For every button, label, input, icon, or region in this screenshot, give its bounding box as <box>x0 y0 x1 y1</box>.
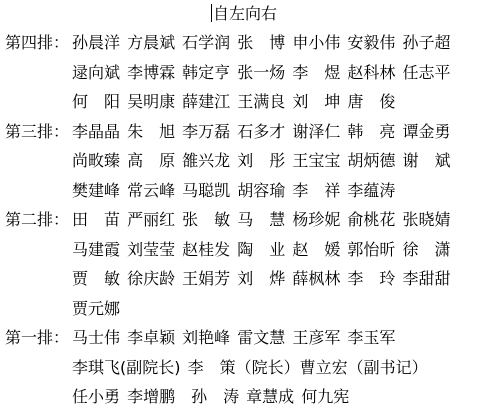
row-group-1: 第一排： 马士伟 李卓颖 刘艳峰 雷文慧 王彦军 李玉军 李琪飞(副院长) 李 … <box>5 323 483 412</box>
row-1-label: 第一排： <box>5 323 72 353</box>
name-line: 贾元娜 <box>72 294 483 324</box>
name-line: 李晶晶 朱 旭 李万磊 石多才 谢泽仁 韩 亮 谭金勇 <box>72 117 483 147</box>
row-group-3: 第三排： 李晶晶 朱 旭 李万磊 石多才 谢泽仁 韩 亮 谭金勇 尚畋臻 高 原… <box>5 117 483 206</box>
name-line: 田 苗 严丽红 张 敏 马 慧 杨珍妮 俞桃花 张晓婧 <box>72 205 483 235</box>
row-3-label: 第三排： <box>5 117 72 147</box>
row-group-2: 第二排： 田 苗 严丽红 张 敏 马 慧 杨珍妮 俞桃花 张晓婧 马建霞 刘莹莹… <box>5 205 483 323</box>
row-2-lines: 田 苗 严丽红 张 敏 马 慧 杨珍妮 俞桃花 张晓婧 马建霞 刘莹莹 赵桂发 … <box>72 205 483 323</box>
row-2-label: 第二排： <box>5 205 72 235</box>
name-line: 何 阳 吴明康 薛建江 王满良 刘 坤 唐 俊 <box>72 87 483 117</box>
row-4-label: 第四排： <box>5 28 72 58</box>
name-line: 任小勇 李增鹏 孙 涛 章慧成 何九宪 <box>72 382 483 412</box>
title-text: 自左向右 <box>213 4 277 23</box>
name-line: 逯向斌 李博霖 韩定亨 张一炀 李 煜 赵科林 任志平 <box>72 58 483 88</box>
row-group-4: 第四排： 孙晨洋 方晨斌 石学润 张 博 申小伟 安毅伟 孙子超 逯向斌 李博霖… <box>5 28 483 117</box>
name-line: 尚畋臻 高 原 雒兴龙 刘 彤 王宝宝 胡炳德 谢 斌 <box>72 146 483 176</box>
name-line: 马建霞 刘莹莹 赵桂发 陶 业 赵 媛 郭怡昕 徐 潇 <box>72 235 483 265</box>
name-line: 马士伟 李卓颖 刘艳峰 雷文慧 王彦军 李玉军 <box>72 323 483 353</box>
row-1-lines: 马士伟 李卓颖 刘艳峰 雷文慧 王彦军 李玉军 李琪飞(副院长) 李 策（院长）… <box>72 323 483 412</box>
name-line: 李琪飞(副院长) 李 策（院长）曹立宏（副书记） <box>72 353 483 383</box>
text-document[interactable]: 自左向右 第四排： 孙晨洋 方晨斌 石学润 张 博 申小伟 安毅伟 孙子超 逯向… <box>0 0 483 418</box>
text-caret-icon <box>211 4 212 22</box>
name-line: 孙晨洋 方晨斌 石学润 张 博 申小伟 安毅伟 孙子超 <box>72 28 483 58</box>
name-line: 贾 敏 徐庆龄 王娟芳 刘 烨 薛枫林 李 玲 李甜甜 <box>72 264 483 294</box>
row-4-lines: 孙晨洋 方晨斌 石学润 张 博 申小伟 安毅伟 孙子超 逯向斌 李博霖 韩定亨 … <box>72 28 483 117</box>
title-line: 自左向右 <box>5 2 483 28</box>
row-3-lines: 李晶晶 朱 旭 李万磊 石多才 谢泽仁 韩 亮 谭金勇 尚畋臻 高 原 雒兴龙 … <box>72 117 483 206</box>
name-line: 樊建峰 常云峰 马聪凯 胡容瑜 李 祥 李蕴涛 <box>72 176 483 206</box>
